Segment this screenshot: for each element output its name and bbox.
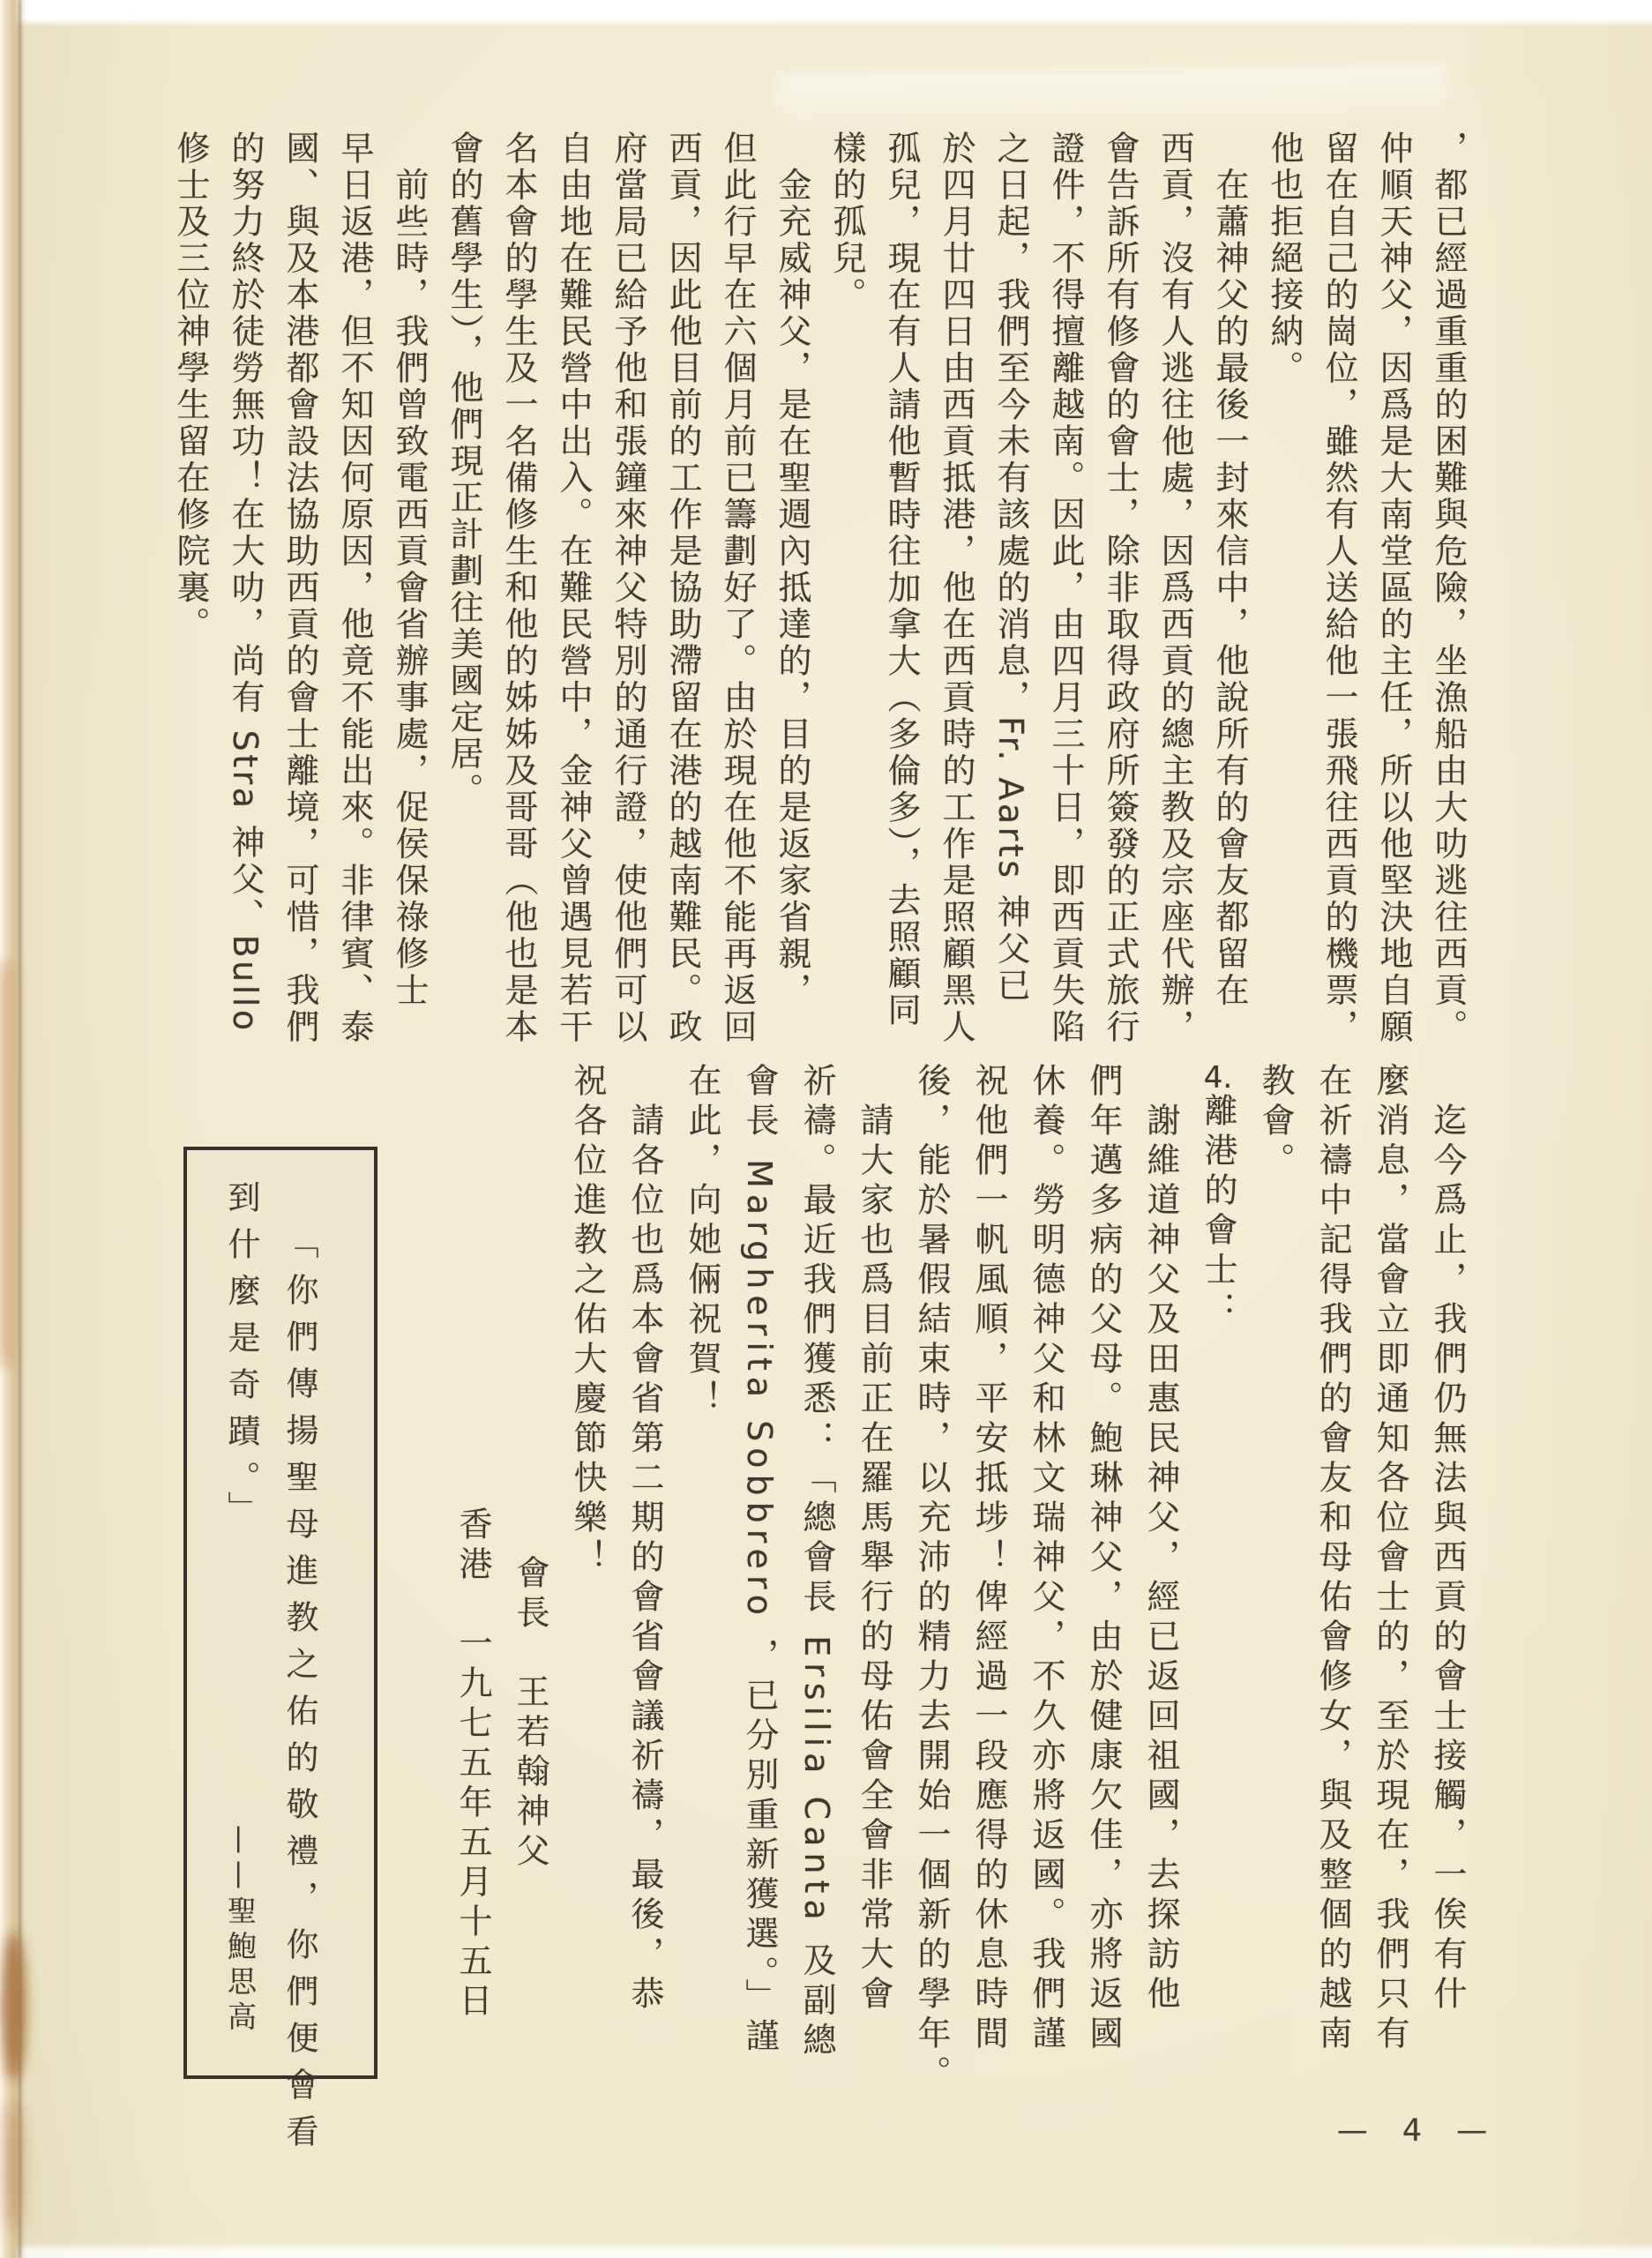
paper-stain [2, 1932, 26, 2082]
text-column: 祝各位進教之佑大慶節快樂！ [558, 1063, 616, 2075]
quote-line-2-text: 到什麼是奇蹟。」 [222, 1180, 260, 1538]
article-bottom-block: 迄今爲止，我們仍無法與西貢的會士接觸，一俟有什麼消息，當會立即通知各位會士的，至… [444, 1063, 1476, 2075]
text-column: 留在自己的崗位，雖然有人送給他一張飛往西貢的機票， [1312, 131, 1366, 1055]
quote-box-inner: 「你們傳揚聖母進教之佑的敬禮，你們便會看 到什麼是奇蹟。」 ——聖鮑思高 [187, 1150, 363, 2075]
text-column: 會長 Margherita Sobbrero ，已分別重新獲選。」謹 [730, 1063, 788, 2075]
text-column: 前些時，我們曾致電西貢會省辦事處，促侯保祿修士 [382, 131, 437, 1055]
scan-edge-top [0, 0, 1652, 26]
text-column: 的努力終於徒勞無功！在大叻，尚有 Stra 神父、Bullo [218, 131, 273, 1055]
quote-line-2: 到什麼是奇蹟。」 ——聖鮑思高 [212, 1180, 270, 2040]
quote-box: 「你們傳揚聖母進教之佑的敬禮，你們便會看 到什麼是奇蹟。」 ——聖鮑思高 [183, 1147, 377, 2079]
section-heading-column: 4.離港的會士： [1189, 1063, 1246, 2075]
section-number: 4. [1200, 1063, 1236, 1093]
page-number: — 4 — [1330, 2113, 1506, 2149]
text-column: 之日起，我們至今未有該處的消息，Fr. Aarts 神父已 [983, 131, 1038, 1055]
text-column: 孤兒，現在有人請他暫時往加拿大（多倫多），去照顧同 [874, 131, 929, 1055]
text-column: 麼消息，當會立即通知各位會士的，至於現在，我們只有 [1361, 1063, 1418, 2075]
quote-line-1: 「你們傳揚聖母進教之佑的敬禮，你們便會看 [270, 1180, 328, 2040]
text-column: 請大家也爲目前正在羅馬舉行的母佑會全會非常大會 [845, 1063, 902, 2075]
text-column: 祈禱。最近我們獲悉：「總會長 Ersilia Canta 及副總 [788, 1063, 845, 2075]
text-column: 修士及三位神學生留在修院裏。 [163, 131, 218, 1055]
text-column: 教會。 [1246, 1063, 1304, 2075]
date-column: 香港 一九七五年五月十五日 [444, 1063, 501, 2075]
text-column: 但此行早在六個月前已籌劃好了。由於現在他不能再返回 [710, 131, 765, 1055]
text-column: 金充威神父，是在聖週內抵達的，目的是返家省親， [765, 131, 819, 1055]
text-column: 自由地在難民營中出入。在難民營中，金神父曾遇見若干 [546, 131, 601, 1055]
scan-light-flare [776, 64, 1447, 138]
text-column: 在祈禱中記得我們的會友和母佑會修女，與及整個的越南 [1304, 1063, 1361, 2075]
text-column: 會的舊學生），他們現正計劃往美國定居。 [437, 131, 491, 1055]
text-column: 在蕭神父的最後一封來信中，他說所有的會友都留在 [1202, 131, 1257, 1055]
text-column: 會告訴所有修會的會士，除非取得政府所簽發的正式旅行 [1093, 131, 1147, 1055]
scan-edge-bottom [0, 2242, 1652, 2258]
text-column: 他也拒絕接納。 [1257, 131, 1312, 1055]
text-column: 迄今爲止，我們仍無法與西貢的會士接觸，一俟有什 [1418, 1063, 1476, 2075]
text-column: 仲順天神父，因爲是大南堂區的主任，所以他堅決地自願 [1366, 131, 1421, 1055]
text-column: 早日返港，但不知因何原因，他竟不能出來。非律賓、泰 [327, 131, 382, 1055]
text-column: 名本會的學生及一名備修生和他的姊姊及哥哥（他也是本 [491, 131, 546, 1055]
text-column: 國、與及本港都會設法協助西貢的會士離境，可惜，我們 [273, 131, 327, 1055]
article-top-block: ，都已經過重重的困難與危險，坐漁船由大叻逃往西貢。仲順天神父，因爲是大南堂區的主… [163, 131, 1476, 1055]
text-column: 後，能於暑假結束時，以充沛的精力去開始一個新的學年。 [902, 1063, 960, 2075]
paper-stain [0, 961, 12, 1367]
text-column: 西貢，因此他目前的工作是協助滯留在港的越南難民。政 [655, 131, 710, 1055]
scan-edge-left-line [19, 0, 21, 2258]
text-column: 祝他們一帆風順，平安抵埗！俾經過一段應得的休息時間 [960, 1063, 1017, 2075]
text-column: 於四月廿四日由西貢抵港，他在西貢時的工作是照顧黑人 [929, 131, 983, 1055]
signature-column: 會長 王若翰神父 [501, 1063, 558, 2075]
text-column: 謝維道神父及田惠民神父，經已返回祖國，去探訪他 [1132, 1063, 1189, 2075]
text-column: 休養。勞明德神父和林文瑞神父，不久亦將返國。我們謹 [1017, 1063, 1074, 2075]
text-column: 西貢，沒有人逃往他處，因爲西貢的總主教及宗座代辦， [1147, 131, 1202, 1055]
text-column: 證件，不得擅離越南。因此，由四月三十日，即西貢失陷 [1038, 131, 1093, 1055]
scanned-newsletter-page: ，都已經過重重的困難與危險，坐漁船由大叻逃往西貢。仲順天神父，因爲是大南堂區的主… [0, 0, 1652, 2258]
text-column: 在此，向她倆祝賀！ [673, 1063, 730, 2075]
text-column: 請各位也爲本會省第二期的會省會議祈禱，最後，恭 [616, 1063, 673, 2075]
paper-stain [5, 2099, 23, 2232]
text-column: 們年邁多病的父母。鮑琳神父，由於健康欠佳，亦將返國 [1074, 1063, 1132, 2075]
quote-attribution: ——聖鮑思高 [222, 1825, 258, 2037]
text-column: 府當局已給予他和張鐘來神父特別的通行證，使他們可以 [601, 131, 655, 1055]
text-column: ，都已經過重重的困難與危險，坐漁船由大叻逃往西貢。 [1421, 131, 1476, 1055]
text-column: 樣的孤兒。 [819, 131, 874, 1055]
